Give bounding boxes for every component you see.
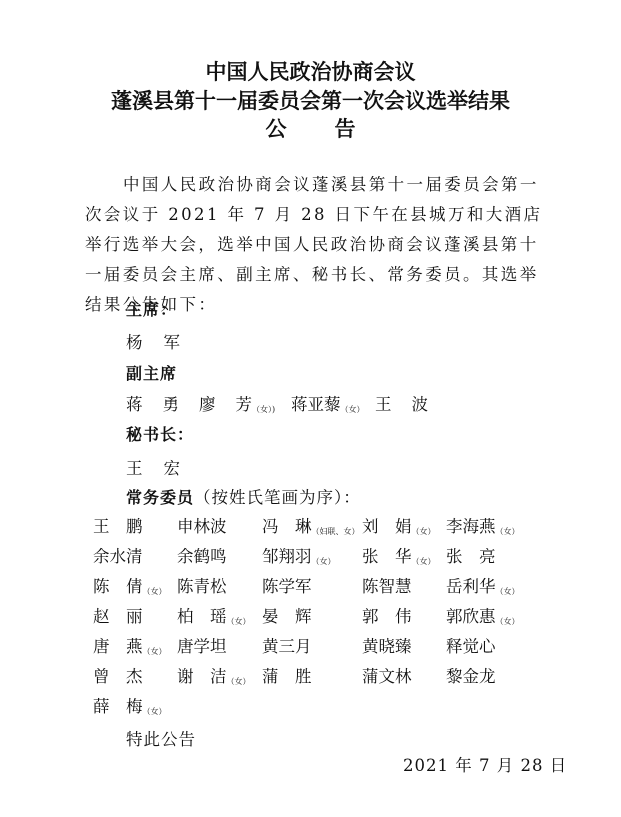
title-gong: 公 <box>266 115 287 143</box>
member-name: 谢 洁（女） <box>177 663 251 687</box>
title-line-2: 蓬溪县第十一届委员会第一次会议选举结果 <box>0 87 621 115</box>
member-name: 唐 燕（女） <box>93 633 167 657</box>
title-line-1: 中国人民政治协商会议 <box>0 58 621 86</box>
member-name: 申林波 <box>177 513 227 537</box>
member-name: 岳利华（女） <box>446 573 520 597</box>
member-name: 王 鹏 <box>93 513 143 537</box>
vice-chairman-name: 王波 <box>375 391 428 415</box>
standing-committee-heading: 常务委员（按姓氏笔画为序）： <box>126 484 361 508</box>
member-name: 李海燕（女） <box>446 513 520 537</box>
member-name: 曾 杰 <box>93 663 143 687</box>
member-name: 余鹤鸣 <box>177 543 227 567</box>
member-name: 柏 瑶（女） <box>177 603 251 627</box>
member-name: 邹翔羽（女） <box>262 543 336 567</box>
member-name: 张 华（女） <box>362 543 436 567</box>
member-name: 郭 伟 <box>362 603 412 627</box>
member-name: 黄晓臻 <box>362 633 412 657</box>
vice-chairman-heading: 副主席 <box>126 361 177 384</box>
member-name: 陈智慧 <box>362 573 412 597</box>
member-name: 陈青松 <box>177 573 227 597</box>
secretary-general-heading: 秘书长： <box>126 422 194 445</box>
member-name: 唐学坦 <box>177 633 227 657</box>
vice-chairman-name: 廖芳（女）) <box>199 391 275 415</box>
member-name: 张 亮 <box>446 543 496 567</box>
member-name: 郭欣惠（女） <box>446 603 520 627</box>
member-name: 赵 丽 <box>93 603 143 627</box>
member-name: 冯 琳（妇联、女） <box>262 513 360 537</box>
member-name: 晏 辉 <box>262 603 312 627</box>
chairman-name: 杨军 <box>126 329 181 353</box>
title-line-3: 公告 <box>0 115 621 143</box>
member-name: 黄三月 <box>262 633 312 657</box>
secretary-general-name: 王宏 <box>126 455 181 479</box>
member-name: 蒲文林 <box>362 663 412 687</box>
member-name: 薛 梅（女） <box>93 693 167 717</box>
member-name: 释觉心 <box>446 633 496 657</box>
date: 2021 年 7 月 28 日 <box>403 752 567 776</box>
member-name: 余水清 <box>93 543 143 567</box>
member-name: 蒲 胜 <box>262 663 312 687</box>
chairman-heading: 主席： <box>126 297 177 320</box>
vice-chairman-name: 蒋亚藜（女） <box>291 391 365 415</box>
member-name: 陈学军 <box>262 573 312 597</box>
member-name: 陈 倩（女） <box>93 573 167 597</box>
title-gao: 告 <box>335 115 356 143</box>
member-name: 刘 娟（女） <box>362 513 436 537</box>
member-name: 黎金龙 <box>446 663 496 687</box>
closing-text: 特此公告 <box>126 726 196 750</box>
vice-chairman-name: 蒋勇 <box>126 391 179 415</box>
